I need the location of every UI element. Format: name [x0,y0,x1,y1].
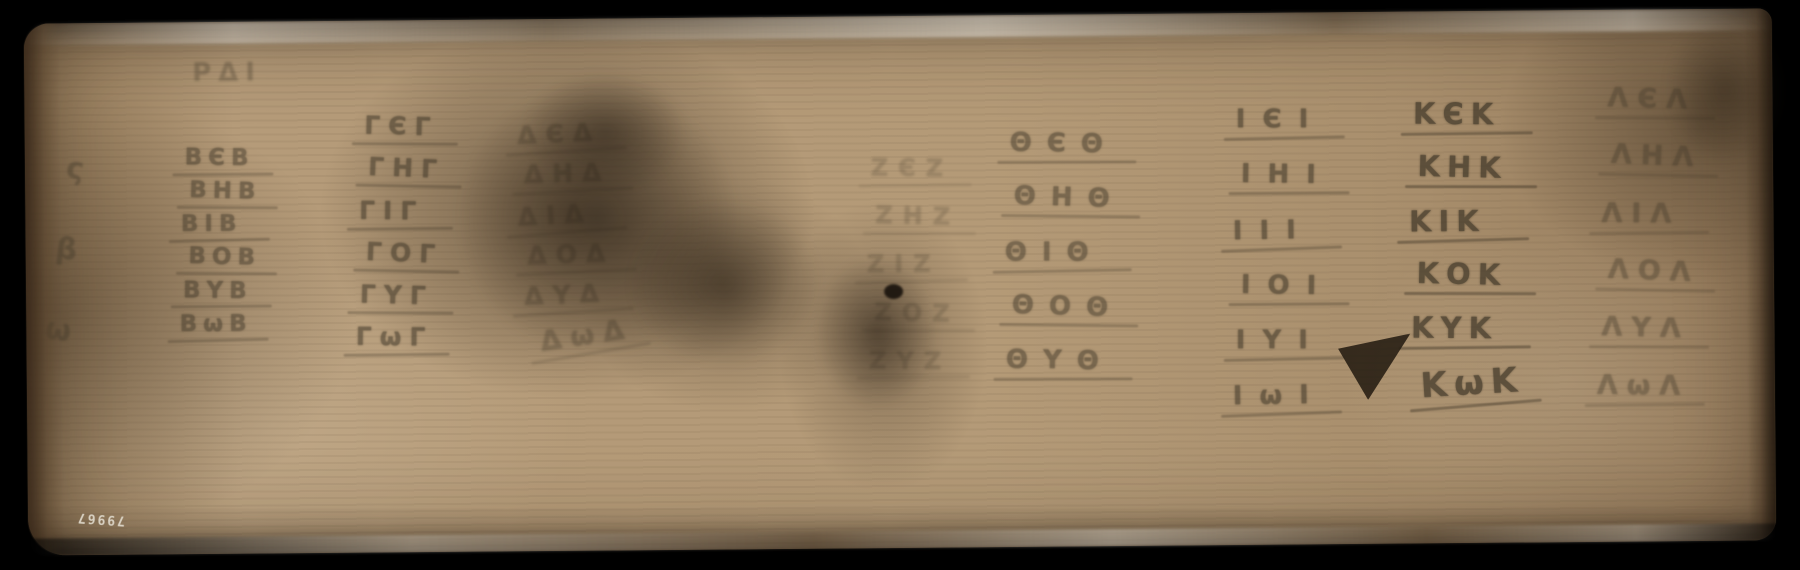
syllable-row: ΙΗΙ [1241,161,1334,190]
syllable-row: ΖЄΖ [871,156,956,182]
syllabary-column-iota: ΙЄΙ ΙΗΙ ΙΙΙ ΙΟΙ ΙΥΙ ΙωΙ [1236,107,1329,411]
tablet-bottom-edge-sheen [28,523,1776,555]
syllable-row: ΛΥΛ [1601,314,1694,345]
syllable-row: ΖΟΖ [874,300,960,327]
syllabary-column-delta: ΔЄΔ ΔΗΔ ΔΙΔ ΔΟΔ ΔΥΔ ΔωΔ [517,119,620,353]
triangular-ink-blot [1336,334,1411,401]
syllable-row: ΒΗΒ [189,178,263,204]
syllabary-column-kappa: ΚЄΚ ΚΗΚ ΚΙΚ ΚΟΚ ΚΥΚ ΚωΚ [1410,99,1516,403]
syllable-row: ΖΗΖ [875,203,961,230]
syllable-row: ΛΟΛ [1607,256,1700,288]
syllable-row: ΔΗΔ [524,160,618,189]
syllable-row: ΒΟΒ [188,244,262,270]
syllabary-column-theta: ΘЄΘ ΘΗΘ ΘΙΘ ΘΟΘ ΘΥΘ [1006,130,1122,376]
photo-background: { "scene": { "description": "Ancient woo… [0,0,1800,570]
syllable-row: ΘΟΘ [1011,292,1123,323]
syllable-row: ΙωΙ [1233,382,1326,411]
syllable-row: ΒωΒ [180,311,253,335]
scrawl-glyph: β [54,231,84,269]
tablet-right-edge-bevel [1744,8,1777,540]
syllable-row: ΔΟΔ [527,240,621,269]
syllable-row: ΘΗΘ [1013,183,1125,214]
syllable-row: ΖΙΖ [867,252,952,278]
syllable-row: ΖΥΖ [869,348,954,374]
syllable-row: ΚΥΚ [1411,312,1515,343]
syllable-row: ΛΙΛ [1601,200,1694,229]
syllable-row: ΒΙΒ [181,212,254,236]
syllable-row: ΛΗΛ [1610,141,1703,173]
syllabary-column-gamma: ΓЄΓ ΓΗΓ ΓΙΓ ΓΟΓ ΓΥΓ ΓωΓ [358,112,442,351]
syllable-row: ΚωΚ [1420,363,1526,405]
syllable-row: ΔωΔ [538,315,635,357]
syllable-row: ΔΙΔ [517,199,612,231]
syllable-row: ΔЄΔ [517,119,612,149]
syllable-row: ΓΟΓ [365,239,444,268]
syllable-row: ΓЄΓ [364,112,442,140]
syllable-row: ΛЄΛ [1607,84,1700,115]
syllable-row: ΓΥΓ [360,281,438,309]
syllable-row: ΙΟΙ [1241,272,1334,301]
wooden-tablet: ΒЄΒ ΒΗΒ ΒΙΒ ΒΟΒ ΒΥΒ ΒωΒ ΓЄΓ ΓΗΓ ΓΙΓ ΓΟΓ … [24,8,1777,555]
scrawl-glyph: ς [64,150,94,188]
syllable-row: ΛωΛ [1597,372,1690,401]
syllable-row: ΚЄΚ [1413,99,1517,130]
syllable-row: ΓΙΓ [359,197,437,224]
syllable-row: ΙΙΙ [1233,217,1326,246]
scrawl-glyph: ω [43,311,73,349]
syllable-row: ΚΙΚ [1409,206,1513,237]
syllabary-column-beta: ΒЄΒ ΒΗΒ ΒΙΒ ΒΟΒ ΒΥΒ ΒωΒ [182,145,257,336]
top-edge-letter-remnant: ΡΔΙ [192,58,262,89]
syllable-row: ΒΥΒ [183,278,256,303]
syllable-row: ΓωΓ [356,324,434,351]
syllabary-column-lambda: ΛЄΛ ΛΗΛ ΛΙΛ ΛΟΛ ΛΥΛ ΛωΛ [1600,84,1700,401]
syllable-row: ΘЄΘ [1009,130,1121,159]
ink-stain-middle [625,197,821,369]
syllable-row: ΙΥΙ [1236,328,1329,355]
left-edge-scrawls: ς β ω [43,150,95,349]
syllable-row: ΒЄΒ [184,145,257,170]
syllable-row: ΔΥΔ [524,280,619,310]
syllable-row: ΓΗΓ [368,154,447,183]
syllable-row: ΚΗΚ [1417,151,1521,184]
syllable-row: ΘΥΘ [1006,347,1118,376]
syllabary-column-zeta: ΖЄΖ ΖΗΖ ΖΙΖ ΖΟΖ ΖΥΖ [869,156,956,375]
syllable-row: ΘΙΘ [1005,239,1116,266]
syllable-row: ΙЄΙ [1236,107,1329,134]
tablet-top-edge-sheen [24,8,1772,45]
syllable-row: ΚΟΚ [1416,258,1520,291]
